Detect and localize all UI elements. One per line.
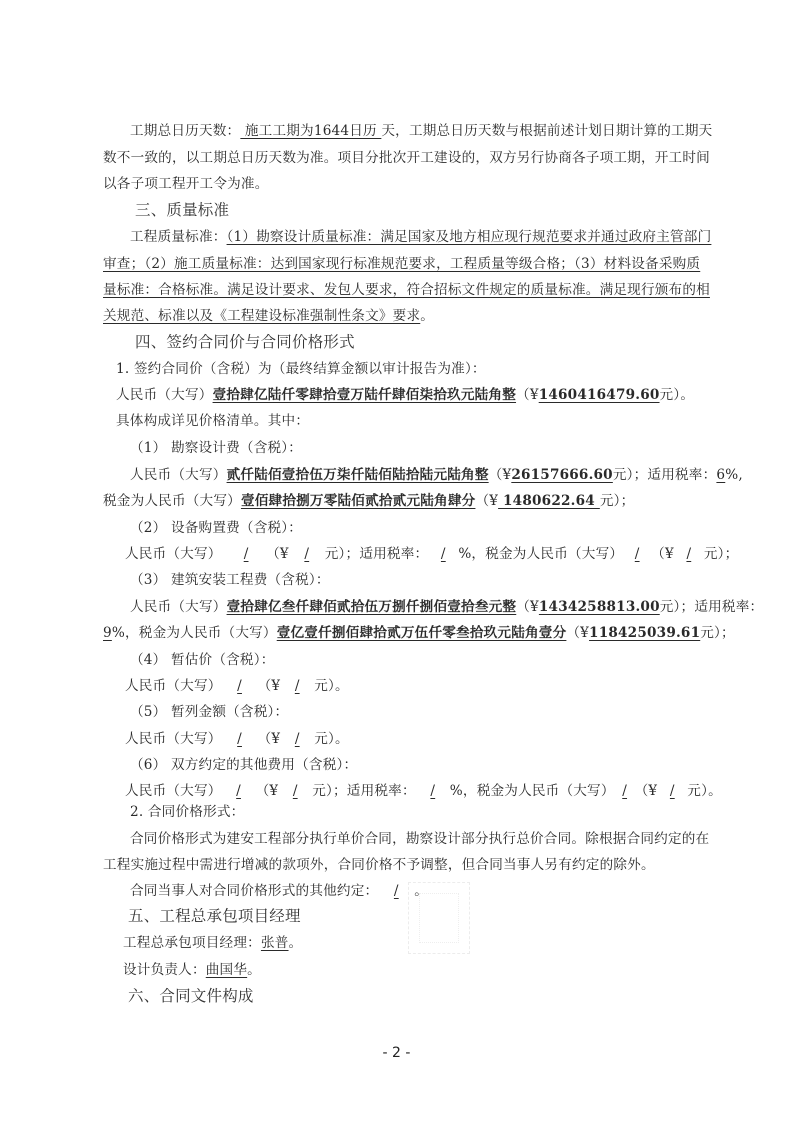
construction-fee-title: （3） 建筑安装工程费（含税）： [130,571,720,589]
paren-close: 元）。 [687,783,722,799]
provisional-sum-words: / [222,730,258,748]
paren-open: （¥ [258,678,281,694]
rmb-prefix: 人民币（大写） [125,731,222,747]
other-fees-words: / [222,782,256,800]
paren-close: 元）； [700,625,735,641]
period: 。 [289,935,303,951]
construction-fee-amount: 1434258813.00 [539,599,660,615]
price-form-line-1: 合同价格形式为建安工程部分执行单价合同，勘察设计部分执行总价合同。除根据合同约定… [130,830,720,848]
other-fees-amount: / [278,782,312,800]
rmb-prefix: 人民币（大写） [130,599,227,615]
tax-prefix: 税金为人民币（大写） [103,493,241,509]
rmb-prefix: 人民币（大写） [125,546,222,562]
survey-fee-amount: 26157666.60 [511,467,613,483]
project-manager-name: 张普 [261,935,289,951]
period: 。 [247,962,261,978]
other-fees-title: （6） 双方约定的其他费用（含税）： [130,756,720,774]
paren-open: （¥ [475,493,498,509]
provisional-sum-title: （5） 暂列金额（含税）： [130,703,720,721]
construction-tax-rate: 9 [103,625,112,641]
quality-line-2: 审查；（2）施工质量标准：达到国家现行标准规范要求，工程质量等级合格；（3）材料… [103,255,693,273]
equipment-fee-words: / [226,545,266,563]
equipment-fee-title: （2） 设备购置费（含税）： [130,519,720,537]
construction-fee-line: 人民币（大写）壹拾肆亿叁仟肆佰贰拾伍万捌仟捌佰壹拾叁元整（¥1434258813… [130,598,720,616]
project-manager-line: 工程总承包项目经理：张普。 [123,934,713,952]
paren-open: （¥ [516,599,539,615]
quality-text-4: 关规范、标准以及《工程建设标准强制性条文》要求 [103,308,420,324]
item2-title: 2. 合同价格形式： [130,803,720,821]
paren-open: （¥ [258,731,281,747]
document-page: 工期总日历天数： 施工工期为1644日历 天，工期总日历天数与根据前述计划日期计… [0,0,793,1122]
provisional-sum-line: 人民币（大写）/（¥/元）。 [125,730,715,748]
survey-tax-line: 税金为人民币（大写）壹佰肆拾捌万零陆佰贰拾贰元陆角肆分（¥ 1480622.64… [103,492,693,510]
construction-fee-words: 壹拾肆亿叁仟肆佰贰拾伍万捌仟捌佰壹拾叁元整 [227,599,517,615]
paren-open: （¥ [489,467,512,483]
survey-tax-words: 壹佰肆拾捌万零陆佰贰拾贰元陆角肆分 [241,493,476,509]
tax-prefix: %，税金为人民币（大写） [112,625,277,641]
rmb-prefix: 人民币（大写） [116,387,213,403]
tax-rate-label: 元）；适用税率： [325,546,429,562]
duration-line-1: 工期总日历天数： 施工工期为1644日历 天，工期总日历天数与根据前述计划日期计… [130,122,720,140]
tax-prefix: %，税金为人民币（大写） [450,783,615,799]
duration-line-3: 以各子项工程开工令为准。 [103,175,693,193]
percent: %, [725,467,743,483]
other-fees-tax-words: / [615,782,635,800]
paren-open: （¥ [566,625,589,641]
equipment-tax-amount: / [674,545,704,563]
tax-rate-label: 元）；适用税率： [312,783,416,799]
equipment-tax-rate: / [428,545,458,563]
paren-open: （¥ [266,546,289,562]
paren-close: 元）。 [660,387,695,403]
tax-rate-label: 元）；适用税率： [613,467,717,483]
paren-open: （¥ [516,387,539,403]
paren-open: （¥ [635,783,658,799]
survey-fee-title: （1） 勘察设计费（含税）： [130,439,720,457]
design-lead-name: 曲国华 [206,962,247,978]
construction-tax-words: 壹亿壹仟捌佰肆拾贰万伍仟零叁拾玖元陆角壹分 [277,625,567,641]
total-price-amount: 1460416479.60 [539,387,660,403]
other-fees-line: 人民币（大写）/（¥/元）；适用税率：/%，税金为人民币（大写）/（¥/元）。 [125,782,715,800]
duration-line-2: 数不一致的，以工期总日历天数为准。项目分批次开工建设的，双方另行协商各子项工期，… [103,149,693,167]
paren-close: 元）。 [314,678,349,694]
equipment-tax-words: / [623,545,651,563]
other-agreement-label: 合同当事人对合同价格形式的其他约定： [130,883,378,899]
provisional-price-words: / [222,677,258,695]
duration-value: 施工工期为1644日历 [240,123,381,139]
quality-text-1: （1）勘察设计质量标准：满足国家及地方相应现行规范要求并通过政府主管部门 [227,229,712,245]
paren-close: 元）； [600,493,635,509]
construction-tax-line: 9%，税金为人民币（大写）壹亿壹仟捌佰肆拾贰万伍仟零叁拾玖元陆角壹分（¥1184… [103,624,693,642]
paren-close: 元）。 [314,731,349,747]
paren-open: （¥ [256,783,279,799]
survey-tax-rate: 6 [716,467,725,483]
quality-line-3: 量标准：合格标准。满足设计要求、发包人要求，符合招标文件规定的质量标准。满足现行… [103,281,693,299]
duration-label: 工期总日历天数： [130,123,240,139]
rmb-prefix: 人民币（大写） [125,783,222,799]
survey-fee-words: 贰仟陆佰壹拾伍万柒仟陆佰陆拾陆元陆角整 [227,467,489,483]
price-form-line-2: 工程实施过程中需进行增减的款项外，合同价格不予调整，但合同当事人另有约定的除外。 [103,856,693,874]
quality-line-4: 关规范、标准以及《工程建设标准强制性条文》要求。 [103,307,693,325]
total-price-words: 壹拾肆亿陆仟零肆拾壹万陆仟肆佰柒拾玖元陆角整 [213,387,516,403]
tax-rate-label: 元）；适用税率： [660,599,764,615]
paren-open: （¥ [651,546,674,562]
project-manager-label: 工程总承包项目经理： [123,935,261,951]
rmb-prefix: 人民币（大写） [125,678,222,694]
period: 。 [420,308,434,324]
tax-prefix: %，税金为人民币（大写） [458,546,623,562]
design-lead-label: 设计负责人： [123,962,206,978]
survey-tax-amount: 1480622.64 [498,493,600,509]
other-fees-tax-rate: / [416,782,450,800]
quality-label: 工程质量标准： [130,229,227,245]
quality-line-1: 工程质量标准：（1）勘察设计质量标准：满足国家及地方相应现行规范要求并通过政府主… [130,228,720,246]
rmb-prefix: 人民币（大写） [130,467,227,483]
section-heading-contract-price: 四、签约合同价与合同价格形式 [135,333,725,351]
page-number: - 2 - [0,1045,793,1061]
other-fees-tax-amount: / [657,782,687,800]
equipment-fee-amount: / [289,545,325,563]
breakdown-intro: 具体构成详见价格清单。其中： [116,412,706,430]
provisional-sum-amount: / [280,730,314,748]
section-heading-quality: 三、质量标准 [135,201,725,219]
provisional-price-line: 人民币（大写）/（¥/元）。 [125,677,715,695]
duration-text: 天，工期总日历天数与根据前述计划日期计算的工期天 [381,123,712,139]
equipment-fee-line: 人民币（大写） /（¥/元）；适用税率：/%，税金为人民币（大写）/（¥/元）； [125,545,715,563]
paren-close: 元）； [704,546,739,562]
survey-fee-line: 人民币（大写）贰仟陆佰壹拾伍万柒仟陆佰陆拾陆元陆角整（¥26157666.60元… [130,466,720,484]
construction-tax-amount: 118425039.61 [589,625,700,641]
provisional-price-title: （4） 暂估价（含税）： [130,651,720,669]
provisional-price-amount: / [280,677,314,695]
total-price-line: 人民币（大写）壹拾肆亿陆仟零肆拾壹万陆仟肆佰柒拾玖元陆角整（¥146041647… [116,386,706,404]
item1-title: 1. 签约合同价（含税）为（最终结算金额以审计报告为准）： [116,360,706,378]
design-lead-line: 设计负责人：曲国华。 [123,961,713,979]
section-heading-contract-documents: 六、合同文件构成 [128,987,718,1005]
section-heading-project-manager: 五、工程总承包项目经理 [128,907,718,925]
